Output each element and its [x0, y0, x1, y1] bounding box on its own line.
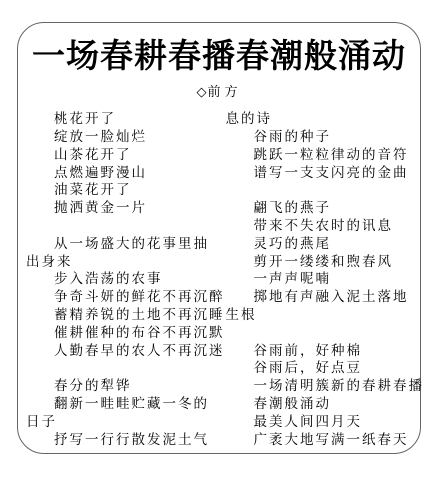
poem-line: 绽放一脸灿烂 [26, 128, 219, 146]
poem-line: 灵巧的燕尾 [226, 235, 419, 253]
poem-line: 掷地有声融入泥土落地 [226, 288, 419, 306]
poem-byline: ◇前方 [18, 81, 420, 100]
poem-line: 翻新一畦畦贮藏一冬的 [26, 395, 219, 413]
poem-line: 一声声呢喃 [226, 270, 419, 288]
poem-line: 谷雨前，好种棉 [226, 342, 419, 360]
stanza-gap [26, 217, 219, 235]
poem-line: 日子 [26, 413, 219, 431]
poem-line: 催耕催种的布谷不再沉默 [26, 324, 219, 342]
poem-line: 从一场盛大的花事里抽 [26, 235, 219, 253]
poem-body: 桃花开了绽放一脸灿烂山茶花开了点燃遍野漫山油菜花开了抛洒黄金一片从一场盛大的花事… [18, 110, 420, 448]
poem-line: 蓄精养锐的土地不再沉睡 [26, 306, 219, 324]
poem-line: 广袤大地写满一纸春天 [226, 431, 419, 449]
poem-line: 人勤春早的农人不再沉迷 [26, 342, 219, 360]
poem-line: 带来不失农时的讯息 [226, 217, 419, 235]
poem-line: 谷雨后，好点豆 [226, 359, 419, 377]
poem-line: 谱写一支支闪亮的金曲 [226, 164, 419, 182]
poem-title: 一场春耕春播春潮般涌动 [18, 36, 420, 76]
poem-line: 最美人间四月天 [226, 413, 419, 431]
poem-line: 剪开一缕缕和煦春风 [226, 253, 419, 271]
page-border-frame: 一场春耕春播春潮般涌动 ◇前方 桃花开了绽放一脸灿烂山茶花开了点燃遍野漫山油菜花… [17, 22, 421, 454]
poem-line: 跳跃一粒粒律动的音符 [226, 146, 419, 164]
poem-line: 生根 [226, 306, 419, 324]
diamond-icon: ◇ [196, 84, 207, 99]
poem-line: 抒写一行行散发泥土气 [26, 431, 219, 449]
poem-line: 息的诗 [226, 110, 419, 128]
poem-line: 步入浩荡的农事 [26, 270, 219, 288]
poem-column: 桃花开了绽放一脸灿烂山茶花开了点燃遍野漫山油菜花开了抛洒黄金一片从一场盛大的花事… [26, 110, 219, 448]
poem-line: 山茶花开了 [26, 146, 219, 164]
poem-line: 出身来 [26, 253, 219, 271]
poem-line: 争奇斗妍的鲜花不再沉醉 [26, 288, 219, 306]
poem-column: 息的诗谷雨的种子跳跃一粒粒律动的音符谱写一支支闪亮的金曲翩飞的燕子带来不失农时的… [226, 110, 419, 448]
stanza-gap [226, 181, 419, 199]
stanza-gap [26, 359, 219, 377]
poem-line: 春潮般涌动 [226, 395, 419, 413]
stanza-gap [226, 324, 419, 342]
poem-line: 油菜花开了 [26, 181, 219, 199]
poem-line: 翩飞的燕子 [226, 199, 419, 217]
poem-author: 前方 [207, 84, 241, 99]
poem-line: 一场清明簇新的春耕春播 [226, 377, 419, 395]
poem-line: 抛洒黄金一片 [26, 199, 219, 217]
poem-line: 点燃遍野漫山 [26, 164, 219, 182]
poem-line: 谷雨的种子 [226, 128, 419, 146]
poem-line: 春分的犁铧 [26, 377, 219, 395]
poem-line: 桃花开了 [26, 110, 219, 128]
